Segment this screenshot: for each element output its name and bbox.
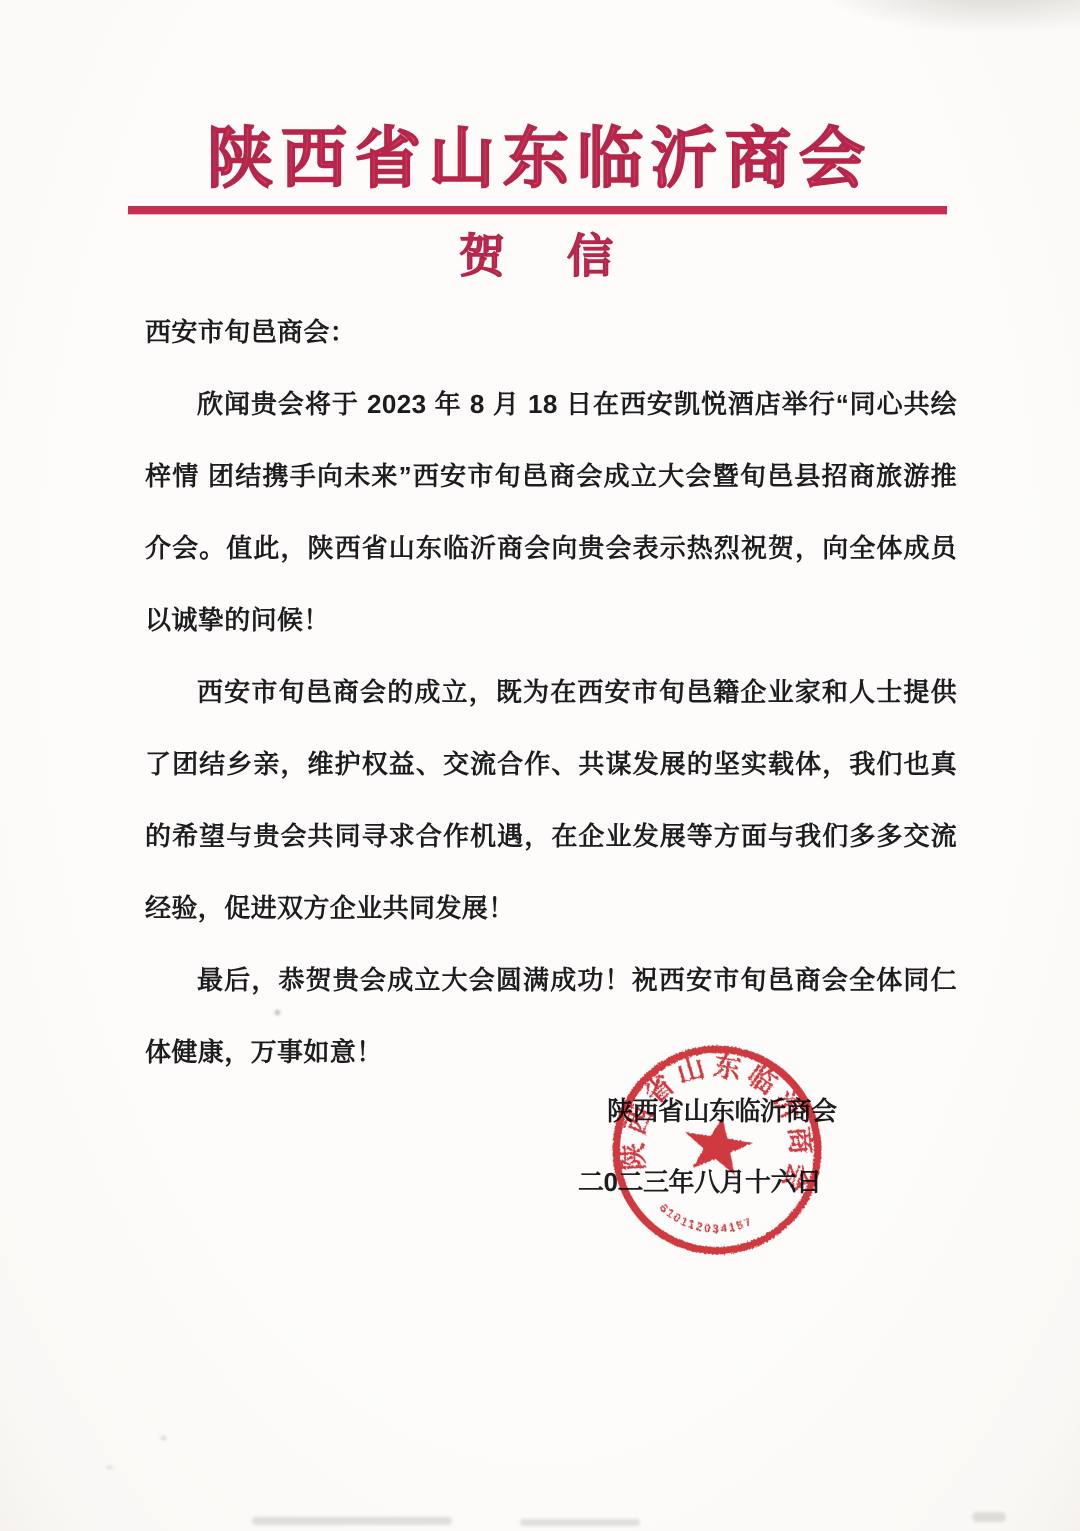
scan-artifact — [106, 1466, 113, 1469]
scan-artifact — [275, 1010, 280, 1015]
scan-corner-shade — [810, 0, 1080, 34]
scan-artifact — [972, 1512, 1006, 1522]
letter-page: 陕西省山东临沂商会 贺 信 西安市旬邑商会： 欣闻贵会将于 2023 年 8 月… — [0, 0, 1080, 1531]
paragraph-line: 西安市旬邑商会的成立，既为在西安市旬邑籍企业家和人士提供 — [145, 656, 957, 728]
paragraph-line: 梓情 团结携手向未来”西安市旬邑商会成立大会暨旬邑县招商旅游推 — [145, 440, 957, 512]
letter-title: 贺 信 — [0, 231, 1080, 282]
paragraph-line: 了团结乡亲，维护权益、交流合作、共谋发展的坚实载体，我们也真诚 — [145, 728, 957, 800]
paragraph-line: 介会。值此，陕西省山东临沂商会向贵会表示热烈祝贺，向全体成员致 — [145, 512, 957, 584]
star-icon — [680, 1111, 756, 1176]
scan-artifact — [520, 1519, 640, 1526]
paragraph-line: 的希望与贵会共同寻求合作机遇，在企业发展等方面与我们多多交流 — [145, 800, 957, 872]
salutation: 西安市旬邑商会： — [145, 296, 957, 368]
paragraph-line: 经验，促进双方企业共同发展！ — [145, 872, 957, 944]
scan-artifact — [252, 1517, 452, 1525]
letter-body: 西安市旬邑商会： 欣闻贵会将于 2023 年 8 月 18 日在西安凯悦酒店举行… — [145, 296, 957, 1088]
org-title: 陕西省山东临沂商会 — [0, 124, 1080, 193]
paragraph-line: 最后，恭贺贵会成立大会圆满成功！祝西安市旬邑商会全体同仁身 — [145, 944, 957, 1016]
paragraph-line: 以诚挚的问候！ — [145, 584, 957, 656]
header-rule — [128, 206, 947, 214]
official-seal: 陕西省山东临沂商会 610112034157 — [596, 1029, 839, 1272]
scan-artifact — [161, 1436, 166, 1440]
paragraph-line: 欣闻贵会将于 2023 年 8 月 18 日在西安凯悦酒店举行“同心共绘桑 — [145, 368, 957, 440]
